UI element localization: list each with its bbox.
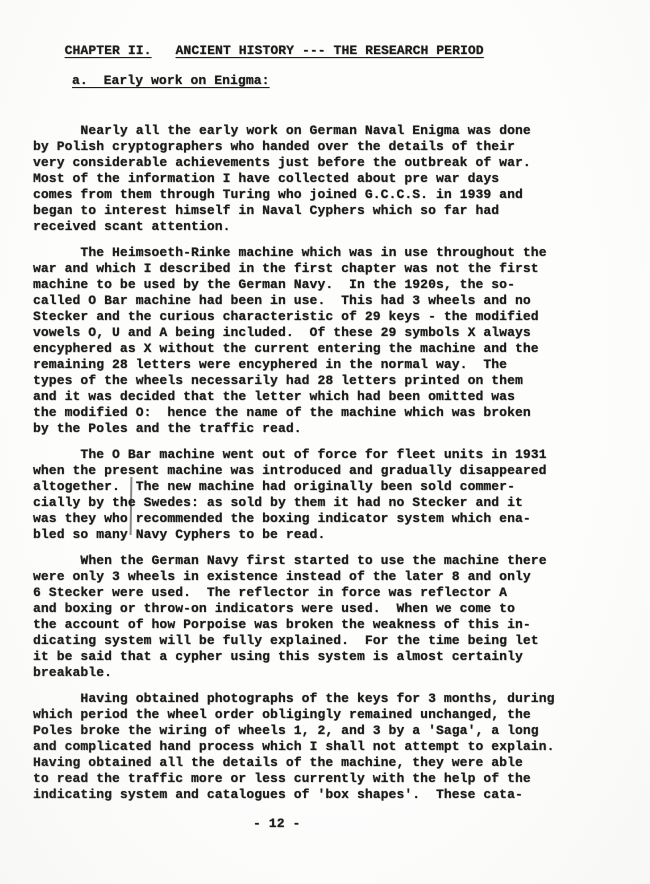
page-number: - 12 - <box>253 816 300 832</box>
paragraph-heimsoeth-rinke: The Heimsoeth-Rinke machine which was in… <box>33 245 629 437</box>
chapter-title: ANCIENT HISTORY --- THE RESEARCH PERIOD <box>176 43 484 58</box>
section-heading: a. Early work on Enigma: <box>72 73 270 89</box>
paragraph-o-bar-machine: The O Bar machine went out of force for … <box>33 447 629 543</box>
chapter-header: CHAPTER II.ANCIENT HISTORY --- THE RESEA… <box>33 27 633 75</box>
paragraph-early-work-intro: Nearly all the early work on German Nava… <box>33 123 629 235</box>
document-page: CHAPTER II.ANCIENT HISTORY --- THE RESEA… <box>0 0 650 884</box>
paragraph-photographs-keys: Having obtained photographs of the keys … <box>33 691 629 803</box>
paragraph-german-navy-wheels: When the German Navy first started to us… <box>33 553 629 681</box>
document-body: Nearly all the early work on German Nava… <box>33 123 629 813</box>
chapter-label: CHAPTER II. <box>65 43 152 58</box>
